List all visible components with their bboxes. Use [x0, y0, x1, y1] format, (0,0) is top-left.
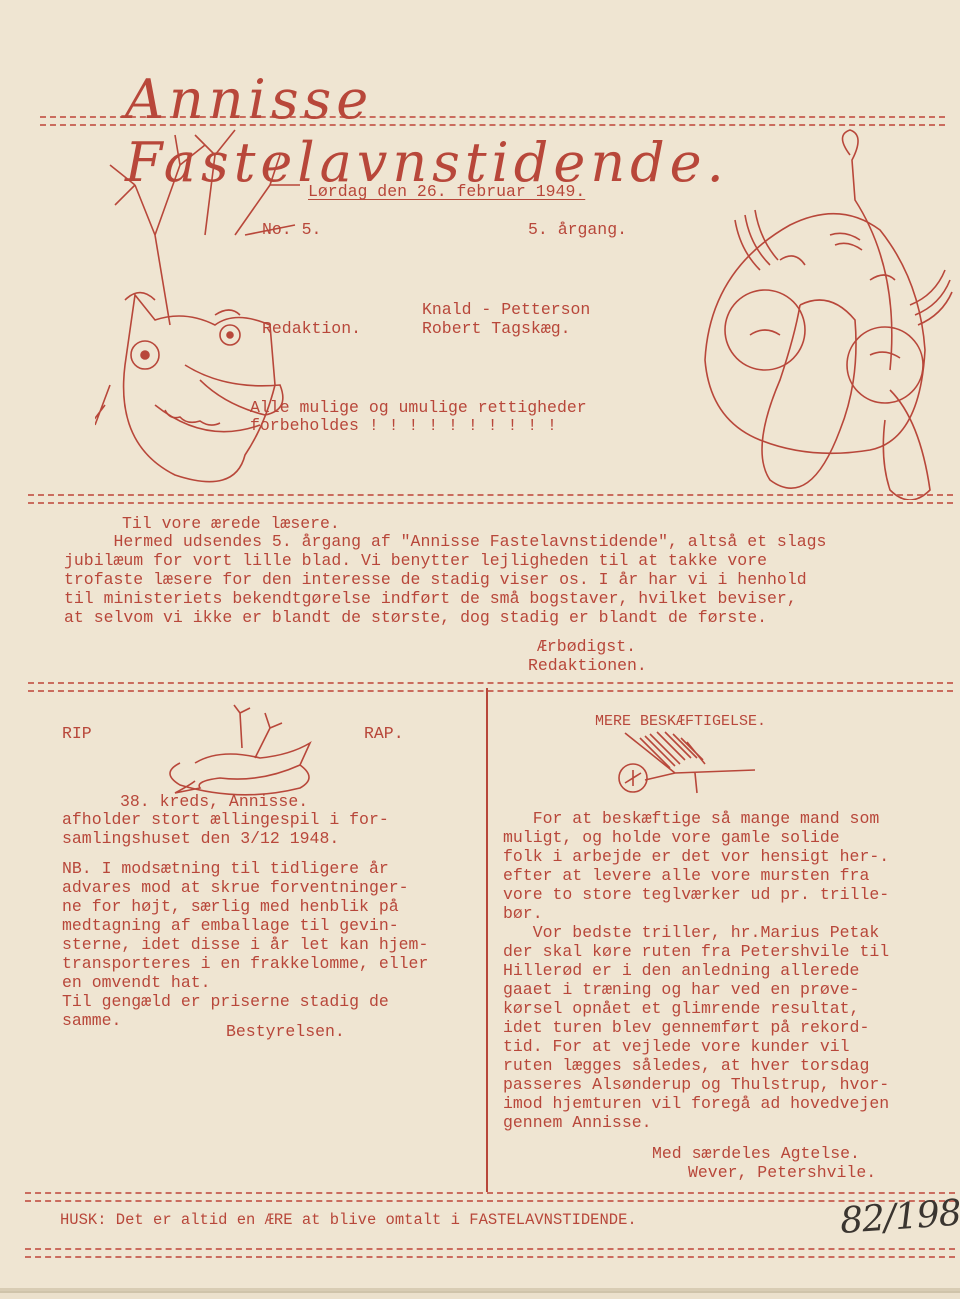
- employment-line: vore to store teglværker ud pr. trille-: [503, 885, 889, 905]
- footer-rule: [25, 1192, 955, 1202]
- rights-notice: forbeholdes ! ! ! ! ! ! ! ! ! !: [250, 416, 557, 436]
- employment-line: Vor bedste triller, hr.Marius Petak: [503, 923, 879, 943]
- board-signature: Bestyrelsen.: [226, 1022, 345, 1042]
- rip-heading: RIP: [62, 724, 92, 744]
- employment-line: For at beskæftige så mange mand som: [503, 809, 879, 829]
- editorial-line: jubilæum for vort lille blad. Vi benytte…: [64, 551, 767, 571]
- editorial-line: at selvom vi ikke er blandt de største, …: [64, 608, 767, 628]
- duck-on-plate-illustration: [160, 703, 320, 803]
- nb-line: ne for højt, særlig med henblik på: [62, 897, 399, 917]
- nb-line: medtagning af emballage til gevin-: [62, 916, 399, 936]
- nb-line: advares mod at skrue forventninger-: [62, 878, 409, 898]
- editorial-closing: Ærbødigst.: [537, 637, 636, 657]
- issue-date: Lørdag den 26. februar 1949.: [308, 182, 585, 202]
- editor-name: Robert Tagskæg.: [422, 319, 571, 339]
- editorial-signature: Redaktionen.: [528, 656, 647, 676]
- employment-line: tid. For at vejlede vore kunder vil: [503, 1037, 850, 1057]
- editor-name: Knald - Petterson: [422, 300, 590, 320]
- volume-label: 5. årgang.: [528, 220, 627, 240]
- nb-line: samme.: [62, 1011, 121, 1031]
- footer-notice: HUSK: Det er altid en ÆRE at blive omtal…: [60, 1211, 637, 1231]
- employment-line: ruten lægges således, at hver torsdag: [503, 1056, 869, 1076]
- issue-number: No. 5.: [262, 220, 321, 240]
- editorial-line: trofaste læsere for den interesse de sta…: [64, 570, 807, 590]
- employment-line: passeres Alsønderup og Thulstrup, hvor-: [503, 1075, 889, 1095]
- editorial-salutation: Til vore ærede læsere.: [122, 514, 340, 534]
- employment-line: gaaet i træning og har ved en prøve-: [503, 980, 859, 1000]
- wheelbarrow-with-bricks-illustration: [615, 728, 765, 808]
- employment-signature: Wever, Petershvile.: [688, 1163, 876, 1183]
- nb-line: Til gengæld er priserne stadig de: [62, 992, 389, 1012]
- editorial-line: Hermed udsendes 5. årgang af "Annisse Fa…: [64, 532, 826, 552]
- employment-line: imod hjemturen vil foregå ad hovedvejen: [503, 1094, 889, 1114]
- event-line: afholder stort ællingespil i for-: [62, 810, 389, 830]
- employment-line: bør.: [503, 904, 543, 924]
- caricature-face-with-bowling-pin-illustration: [690, 120, 960, 500]
- caricature-face-with-branches-illustration: [95, 125, 305, 495]
- employment-line: kørsel opnået et glimrende resultat,: [503, 999, 859, 1019]
- rap-heading: RAP.: [364, 724, 404, 744]
- archive-handwritten-note: 82/1981: [839, 1191, 960, 1242]
- section-rule: [28, 682, 953, 692]
- editors-label: Redaktion.: [262, 319, 361, 339]
- footer-rule: [25, 1248, 955, 1258]
- event-line: samlingshuset den 3/12 1948.: [62, 829, 339, 849]
- editorial-line: til ministeriets bekendtgørelse indført …: [64, 589, 797, 609]
- employment-line: efter at levere alle vore mursten fra: [503, 866, 869, 886]
- column-divider: [486, 688, 488, 1192]
- nb-line: sterne, idet disse i år let kan hjem-: [62, 935, 428, 955]
- employment-line: Hillerød er i den anledning allerede: [503, 961, 859, 981]
- section-rule: [28, 494, 953, 504]
- employment-line: idet turen blev gennemført på rekord-: [503, 1018, 869, 1038]
- organizer-line: 38. kreds, Annisse.: [120, 792, 308, 812]
- nb-line: en omvendt hat.: [62, 973, 211, 993]
- employment-line: der skal køre ruten fra Petershvile til: [503, 942, 889, 962]
- employment-closing: Med særdeles Agtelse.: [652, 1144, 860, 1164]
- employment-line: gennem Annisse.: [503, 1113, 652, 1133]
- newspaper-page: Annisse Fastelavnstidende. Lørdag den 26…: [0, 0, 960, 1291]
- employment-line: folk i arbejde er det vor hensigt her-.: [503, 847, 889, 867]
- nb-line: NB. I modsætning til tidligere år: [62, 859, 389, 879]
- nb-line: transporteres i en frakkelomme, eller: [62, 954, 428, 974]
- employment-line: muligt, og holde vore gamle solide: [503, 828, 840, 848]
- rights-notice: Alle mulige og umulige rettigheder: [250, 398, 587, 418]
